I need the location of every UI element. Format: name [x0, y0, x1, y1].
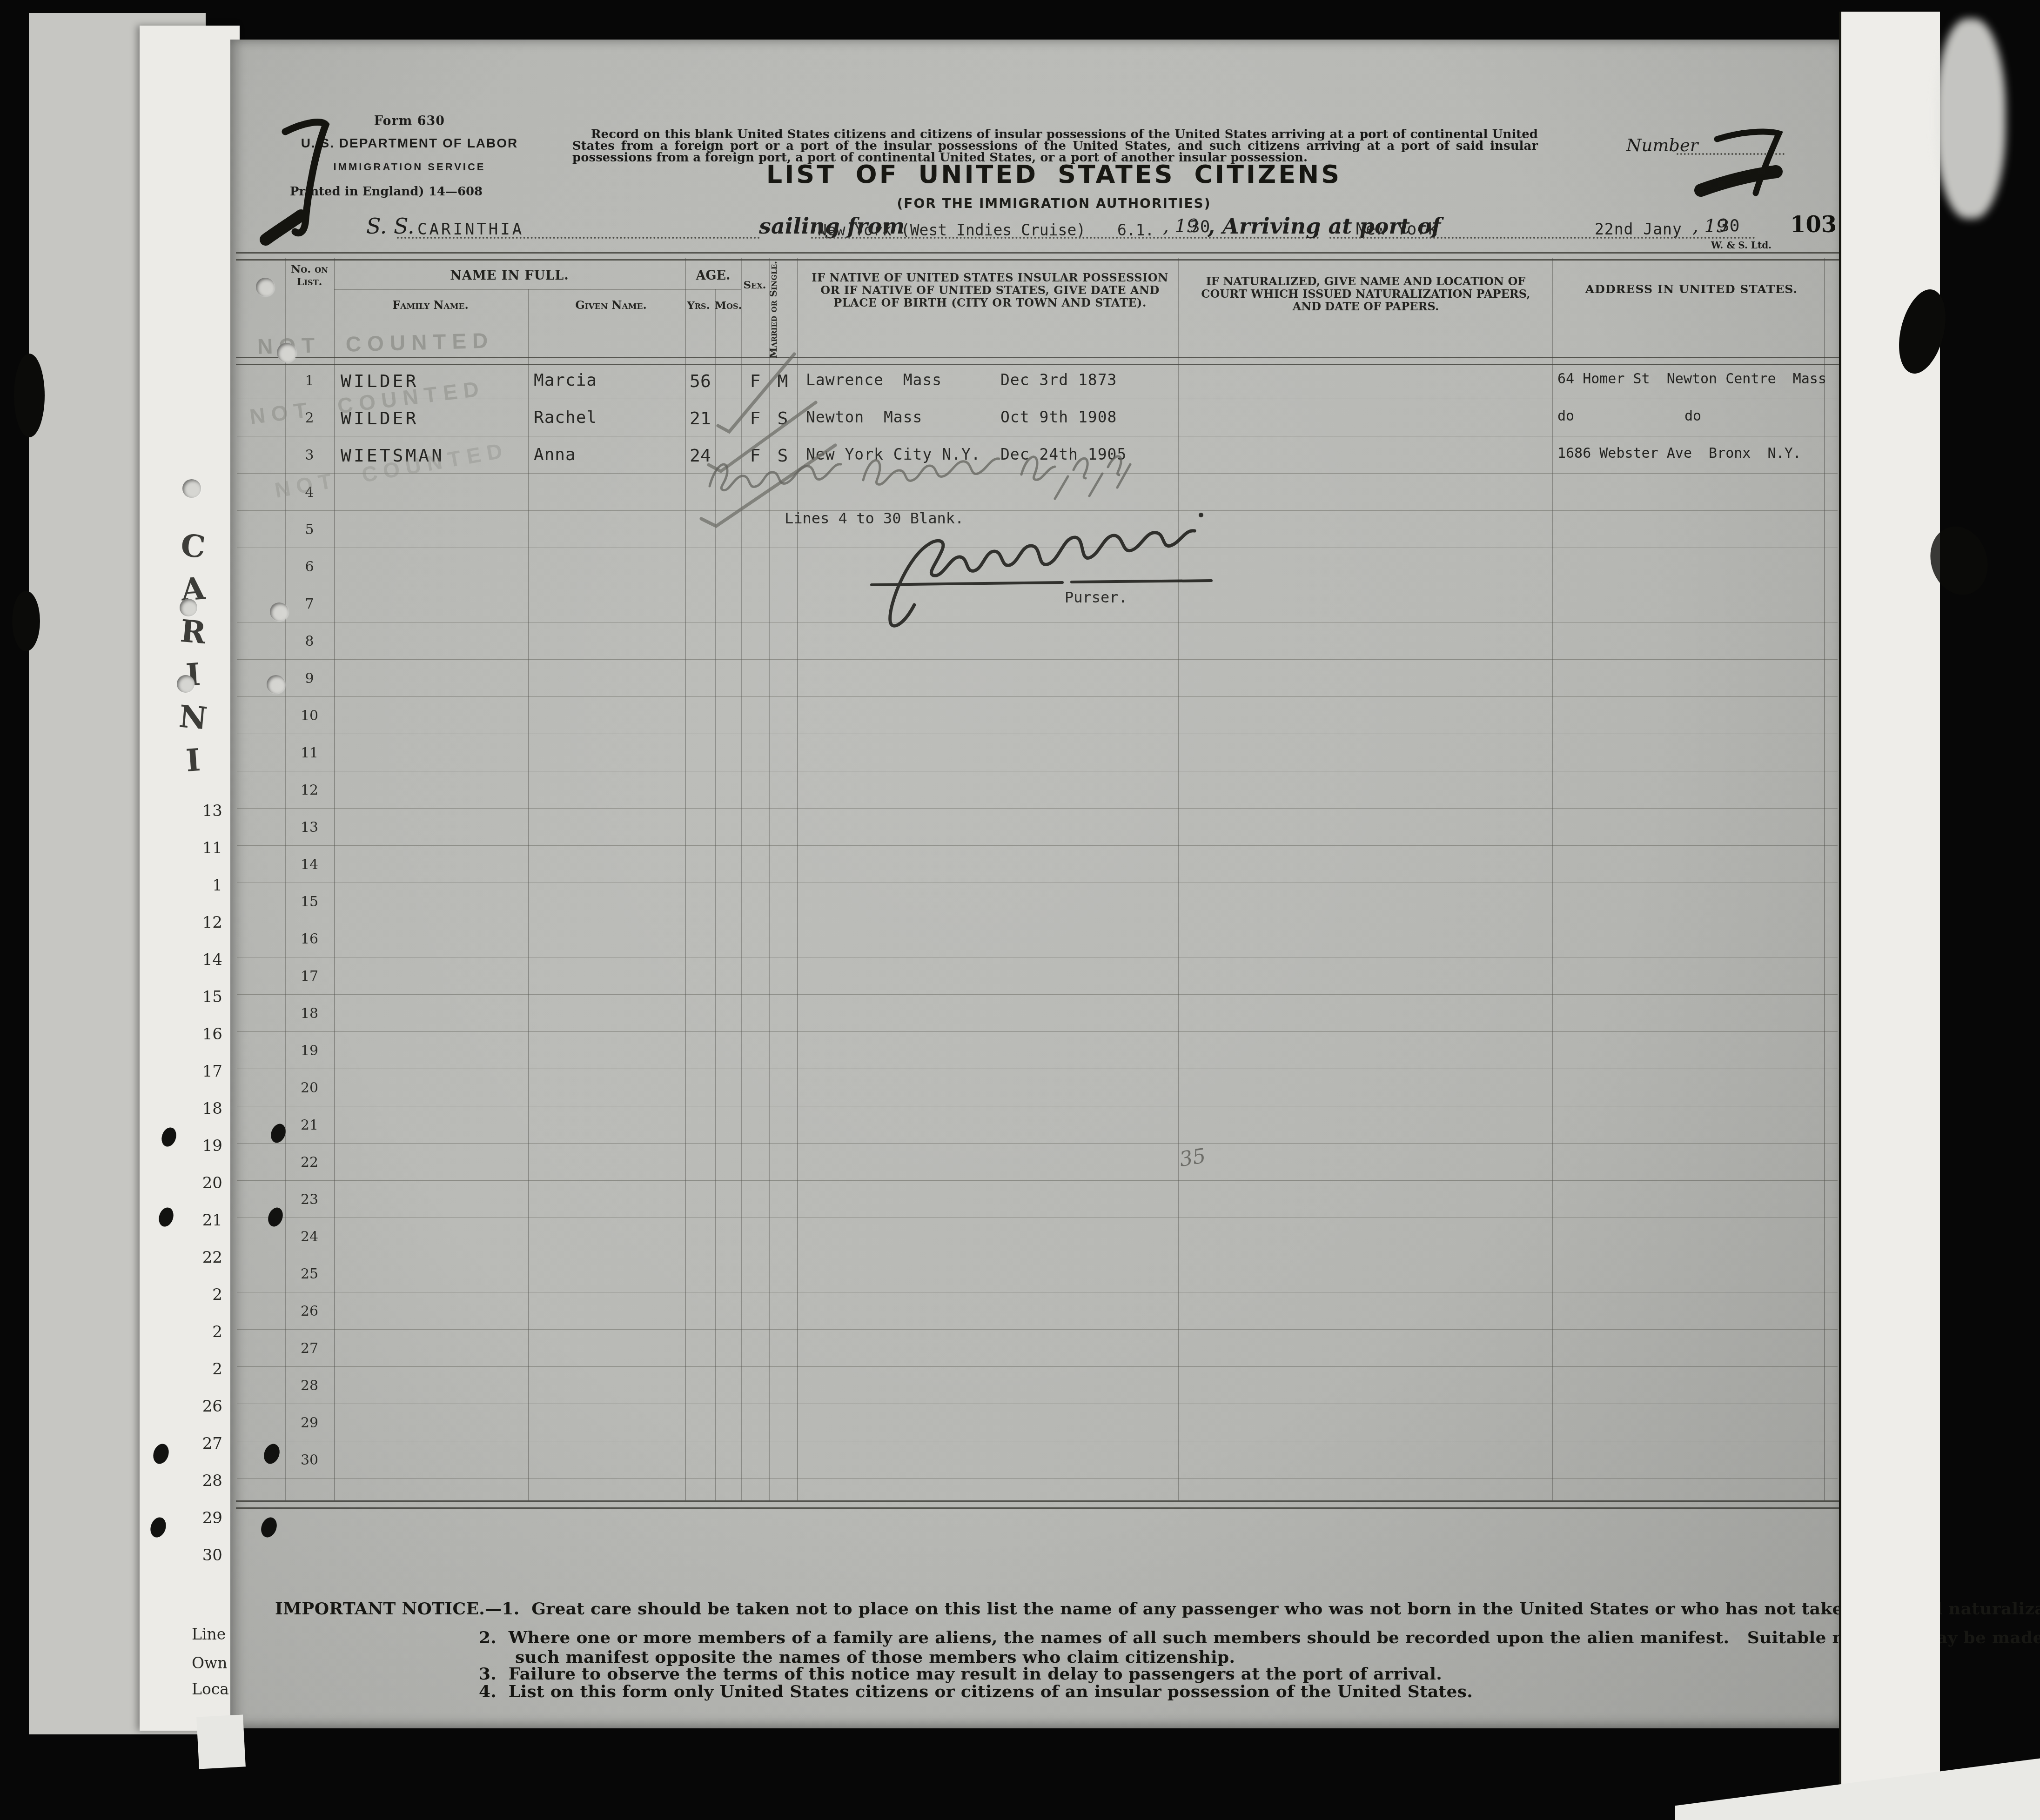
col-header-yrs: Yrs.	[682, 299, 715, 312]
under-page-row-number: 15	[190, 988, 222, 1006]
row-line	[237, 659, 1838, 660]
passenger-birthdate: Dec 24th 1905	[1000, 445, 1127, 463]
ink-dot	[151, 1442, 171, 1466]
row-line	[237, 1292, 1838, 1292]
column-rule	[797, 258, 798, 1500]
row-line	[237, 808, 1838, 809]
col-header-mos: Mos.	[714, 299, 742, 312]
passenger-given: Rachel	[534, 408, 597, 427]
important-notice-line5: 4. List on this form only United States …	[479, 1682, 1473, 1701]
row-line	[237, 1180, 1838, 1181]
passenger-sex: F	[741, 445, 769, 466]
blank-lines-note: Lines 4 to 30 Blank.	[785, 509, 964, 527]
ink-dot	[159, 1125, 179, 1148]
form-number: Form 630	[300, 114, 519, 128]
passenger-address: 64 Homer St Newton Centre Mass	[1557, 371, 1826, 387]
row-line	[237, 585, 1838, 585]
purser-label: Purser.	[1065, 589, 1127, 606]
punch-hole	[180, 599, 197, 616]
row-number: 26	[285, 1303, 334, 1319]
ink-dot	[148, 1515, 168, 1539]
purser-signature	[872, 513, 1211, 626]
row-line	[237, 1478, 1838, 1479]
margin-letter: I	[171, 741, 215, 780]
under-page-row-number: 28	[190, 1472, 222, 1490]
ink-dot	[261, 1442, 282, 1466]
torn-corner-bottom-right	[1675, 1748, 2040, 1820]
sailing-year: 30	[1190, 217, 1210, 236]
col-header-birth: IF NATIVE OF UNITED STATES INSULAR POSSE…	[810, 271, 1170, 309]
passenger-birthplace: Lawrence Mass	[806, 371, 942, 389]
col-header-no-on-list: No. on List.	[285, 263, 334, 288]
blank-line	[1593, 237, 1755, 239]
row-number: 21	[285, 1117, 334, 1133]
row-line	[237, 436, 1838, 436]
punch-hole	[256, 278, 275, 296]
row-line	[237, 957, 1838, 957]
row-line	[237, 510, 1838, 511]
row-number: 17	[285, 968, 334, 984]
ink-dot	[156, 1205, 176, 1228]
under-page-row-number: 11	[190, 839, 222, 857]
under-page-row-number: 26	[190, 1397, 222, 1416]
row-number: 18	[285, 1005, 334, 1022]
row-number: 23	[285, 1191, 334, 1208]
ship-name: CARINTHIA	[417, 220, 524, 239]
row-number: 27	[285, 1340, 334, 1357]
col-header-family-name: Family Name.	[356, 298, 505, 312]
row-line	[237, 771, 1838, 771]
passenger-address2: do	[1684, 408, 1701, 424]
row-line	[237, 1404, 1838, 1404]
margin-letter: N	[171, 697, 215, 737]
under-page-edge-1: CARINI 131111214151617181920212222226272…	[140, 26, 240, 1731]
page-title: LIST OF UNITED STATES CITIZENS	[765, 160, 1342, 189]
scanned-document: { "form": { "form_no": "Form 630", "depa…	[0, 0, 2040, 1820]
passenger-address: do	[1557, 408, 1574, 424]
row-line	[237, 1143, 1838, 1144]
torn-paper-fuzz	[1936, 19, 2006, 219]
under-page-row-number: 18	[190, 1099, 222, 1118]
row-number: 28	[285, 1378, 334, 1394]
under-page-row-number: 29	[190, 1509, 222, 1527]
row-number: 20	[285, 1080, 334, 1096]
under-page-edge-right	[1839, 12, 1940, 1800]
under-page-row-number: 30	[190, 1546, 222, 1565]
under-page-word: Line	[192, 1625, 226, 1643]
handwritten-number-7	[1701, 132, 1779, 193]
passenger-status: S	[769, 408, 797, 428]
row-number: 9	[285, 670, 334, 687]
row-number: 13	[285, 819, 334, 836]
punch-hole	[277, 343, 296, 362]
col-header-married-or-single: Married or Single.	[766, 259, 796, 360]
blank-line	[397, 237, 760, 239]
important-notice-line1: IMPORTANT NOTICE.—1. Great care should b…	[275, 1599, 2040, 1619]
row-number: 6	[285, 559, 334, 575]
under-page-row-number: 1	[190, 876, 222, 895]
torn-edge	[14, 354, 45, 437]
under-page-row-number: 22	[190, 1248, 222, 1267]
arriving-port: New York	[1356, 220, 1438, 239]
arrival-date: 22nd Jany	[1595, 220, 1682, 238]
under-page-row-number: 17	[190, 1062, 222, 1081]
ink-dot	[258, 1515, 279, 1539]
margin-letter: A	[171, 569, 215, 609]
under-page-row-number: 2	[190, 1360, 222, 1378]
passenger-birthplace: Newton Mass	[806, 408, 922, 426]
row-line	[237, 734, 1838, 734]
pencil-tally-mark: 35	[1178, 1144, 1207, 1171]
col-header-address: ADDRESS IN UNITED STATES.	[1567, 282, 1816, 296]
col-header-name-in-full: NAME IN FULL.	[334, 268, 685, 283]
row-number: 12	[285, 782, 334, 798]
under-page-row-number: 19	[190, 1137, 222, 1155]
under-page-row-number: 14	[190, 950, 222, 969]
passenger-yrs: 56	[685, 371, 716, 391]
important-notice-line2: 2. Where one or more members of a family…	[479, 1628, 2040, 1647]
punch-hole	[270, 602, 289, 621]
blank-line	[1329, 237, 1591, 239]
row-number: 15	[285, 894, 334, 910]
header-bottom-rule	[236, 357, 1839, 365]
ink-blob	[1891, 285, 1953, 379]
margin-letter: I	[171, 655, 215, 694]
printer-mark: W. & S. Ltd.	[1692, 240, 1790, 251]
passenger-birthdate: Dec 3rd 1873	[1000, 371, 1117, 389]
page-subtitle: (FOR THE IMMIGRATION AUTHORITIES)	[765, 196, 1342, 211]
passenger-given: Marcia	[534, 371, 597, 390]
table-top-rule	[236, 252, 1839, 261]
under-page-row-number: 2	[190, 1323, 222, 1341]
column-rule	[528, 289, 529, 1500]
column-rule	[334, 258, 335, 1500]
under-page-row-number: 27	[190, 1434, 222, 1453]
record-instructions: Record on this blank United States citiz…	[572, 129, 1538, 164]
margin-letter: R	[171, 612, 215, 652]
number-label: Number	[1626, 135, 1698, 155]
under-page-edge-2	[29, 13, 206, 1734]
under-page-row-number: 20	[190, 1174, 222, 1192]
column-rule	[741, 258, 742, 1500]
row-line	[237, 1441, 1838, 1441]
passenger-birthplace: New York City N.Y.	[806, 445, 981, 463]
row-line	[237, 548, 1838, 548]
under-page-word: Own	[192, 1654, 228, 1672]
row-number: 1	[285, 373, 334, 389]
col-header-age: AGE.	[685, 268, 741, 283]
passenger-status: M	[769, 371, 797, 391]
passenger-sex: F	[741, 371, 769, 391]
passenger-given: Anna	[534, 445, 576, 464]
ss-label: S. S.	[366, 214, 415, 239]
row-number: 19	[285, 1043, 334, 1059]
under-page-row-number: 12	[190, 913, 222, 932]
row-number: 24	[285, 1229, 334, 1245]
passenger-yrs: 24	[685, 445, 716, 466]
under-page-word: Loca	[192, 1680, 229, 1698]
row-line	[237, 920, 1838, 920]
ink-dot	[266, 1205, 286, 1229]
column-rule	[1824, 258, 1825, 1500]
column-rule	[1178, 258, 1179, 1500]
row-line	[237, 994, 1838, 995]
row-line	[237, 622, 1838, 622]
header-mid-rule	[334, 289, 741, 290]
row-line	[237, 1031, 1838, 1032]
sheet-number: 103	[1790, 212, 1837, 238]
row-number: 11	[285, 745, 334, 761]
under-page-row-number: 2	[190, 1285, 222, 1304]
row-number: 10	[285, 708, 334, 724]
row-line	[237, 1218, 1838, 1218]
passenger-status: S	[769, 445, 797, 466]
punch-hole	[177, 675, 195, 693]
row-line	[237, 696, 1838, 697]
row-number: 30	[285, 1452, 334, 1468]
row-number: 8	[285, 633, 334, 649]
col-header-given-name: Given Name.	[537, 298, 685, 312]
ink-blob	[1922, 519, 1996, 602]
column-rule	[769, 258, 770, 1500]
row-line	[237, 1329, 1838, 1330]
col-header-naturalized: IF NATURALIZED, GIVE NAME AND LOCATION O…	[1190, 275, 1542, 313]
row-line	[237, 883, 1838, 883]
punch-hole	[267, 675, 285, 694]
punch-hole	[182, 479, 201, 498]
row-number: 16	[285, 931, 334, 947]
department-name: U. S. DEPARTMENT OF LABOR	[300, 136, 519, 151]
row-number: 3	[285, 447, 334, 463]
row-number: 14	[285, 856, 334, 873]
column-rule	[1552, 258, 1553, 1500]
passenger-address: 1686 Webster Ave Bronx N.Y.	[1557, 445, 1801, 462]
col-header-sex: Sex.	[739, 279, 770, 291]
number-blank-line	[1677, 153, 1785, 155]
form-identification: Form 630 U. S. DEPARTMENT OF LABOR IMMIG…	[300, 114, 519, 173]
row-line	[237, 1106, 1838, 1106]
important-notice-line4: 3. Failure to observe the terms of this …	[479, 1664, 1442, 1684]
row-line	[237, 1069, 1838, 1069]
row-number: 25	[285, 1266, 334, 1282]
row-number: 29	[285, 1415, 334, 1431]
row-line	[237, 1255, 1838, 1255]
under-page-row-number: 16	[190, 1025, 222, 1044]
passenger-sex: F	[741, 408, 769, 428]
row-line	[237, 1366, 1838, 1367]
under-page-row-number: 13	[190, 802, 222, 820]
row-line	[237, 473, 1838, 474]
torn-edge	[12, 591, 40, 651]
passenger-yrs: 21	[685, 408, 716, 428]
arrival-year: 30	[1719, 216, 1739, 235]
column-rule	[685, 258, 686, 1500]
passenger-birthdate: Oct 9th 1908	[1000, 408, 1117, 426]
row-number: 5	[285, 522, 334, 538]
manifest-page: Form 630 U. S. DEPARTMENT OF LABOR IMMIG…	[230, 40, 1845, 1728]
row-number: 7	[285, 596, 334, 612]
table-bottom-rule	[236, 1500, 1839, 1509]
row-number: 22	[285, 1154, 334, 1171]
column-rule	[715, 289, 716, 1500]
margin-letter: C	[171, 526, 215, 566]
under-page-row-number: 21	[190, 1211, 222, 1230]
row-line	[237, 845, 1838, 846]
printer-imprint: Printed in England) 14—608	[290, 185, 483, 199]
service-name: IMMIGRATION SERVICE	[300, 161, 519, 173]
